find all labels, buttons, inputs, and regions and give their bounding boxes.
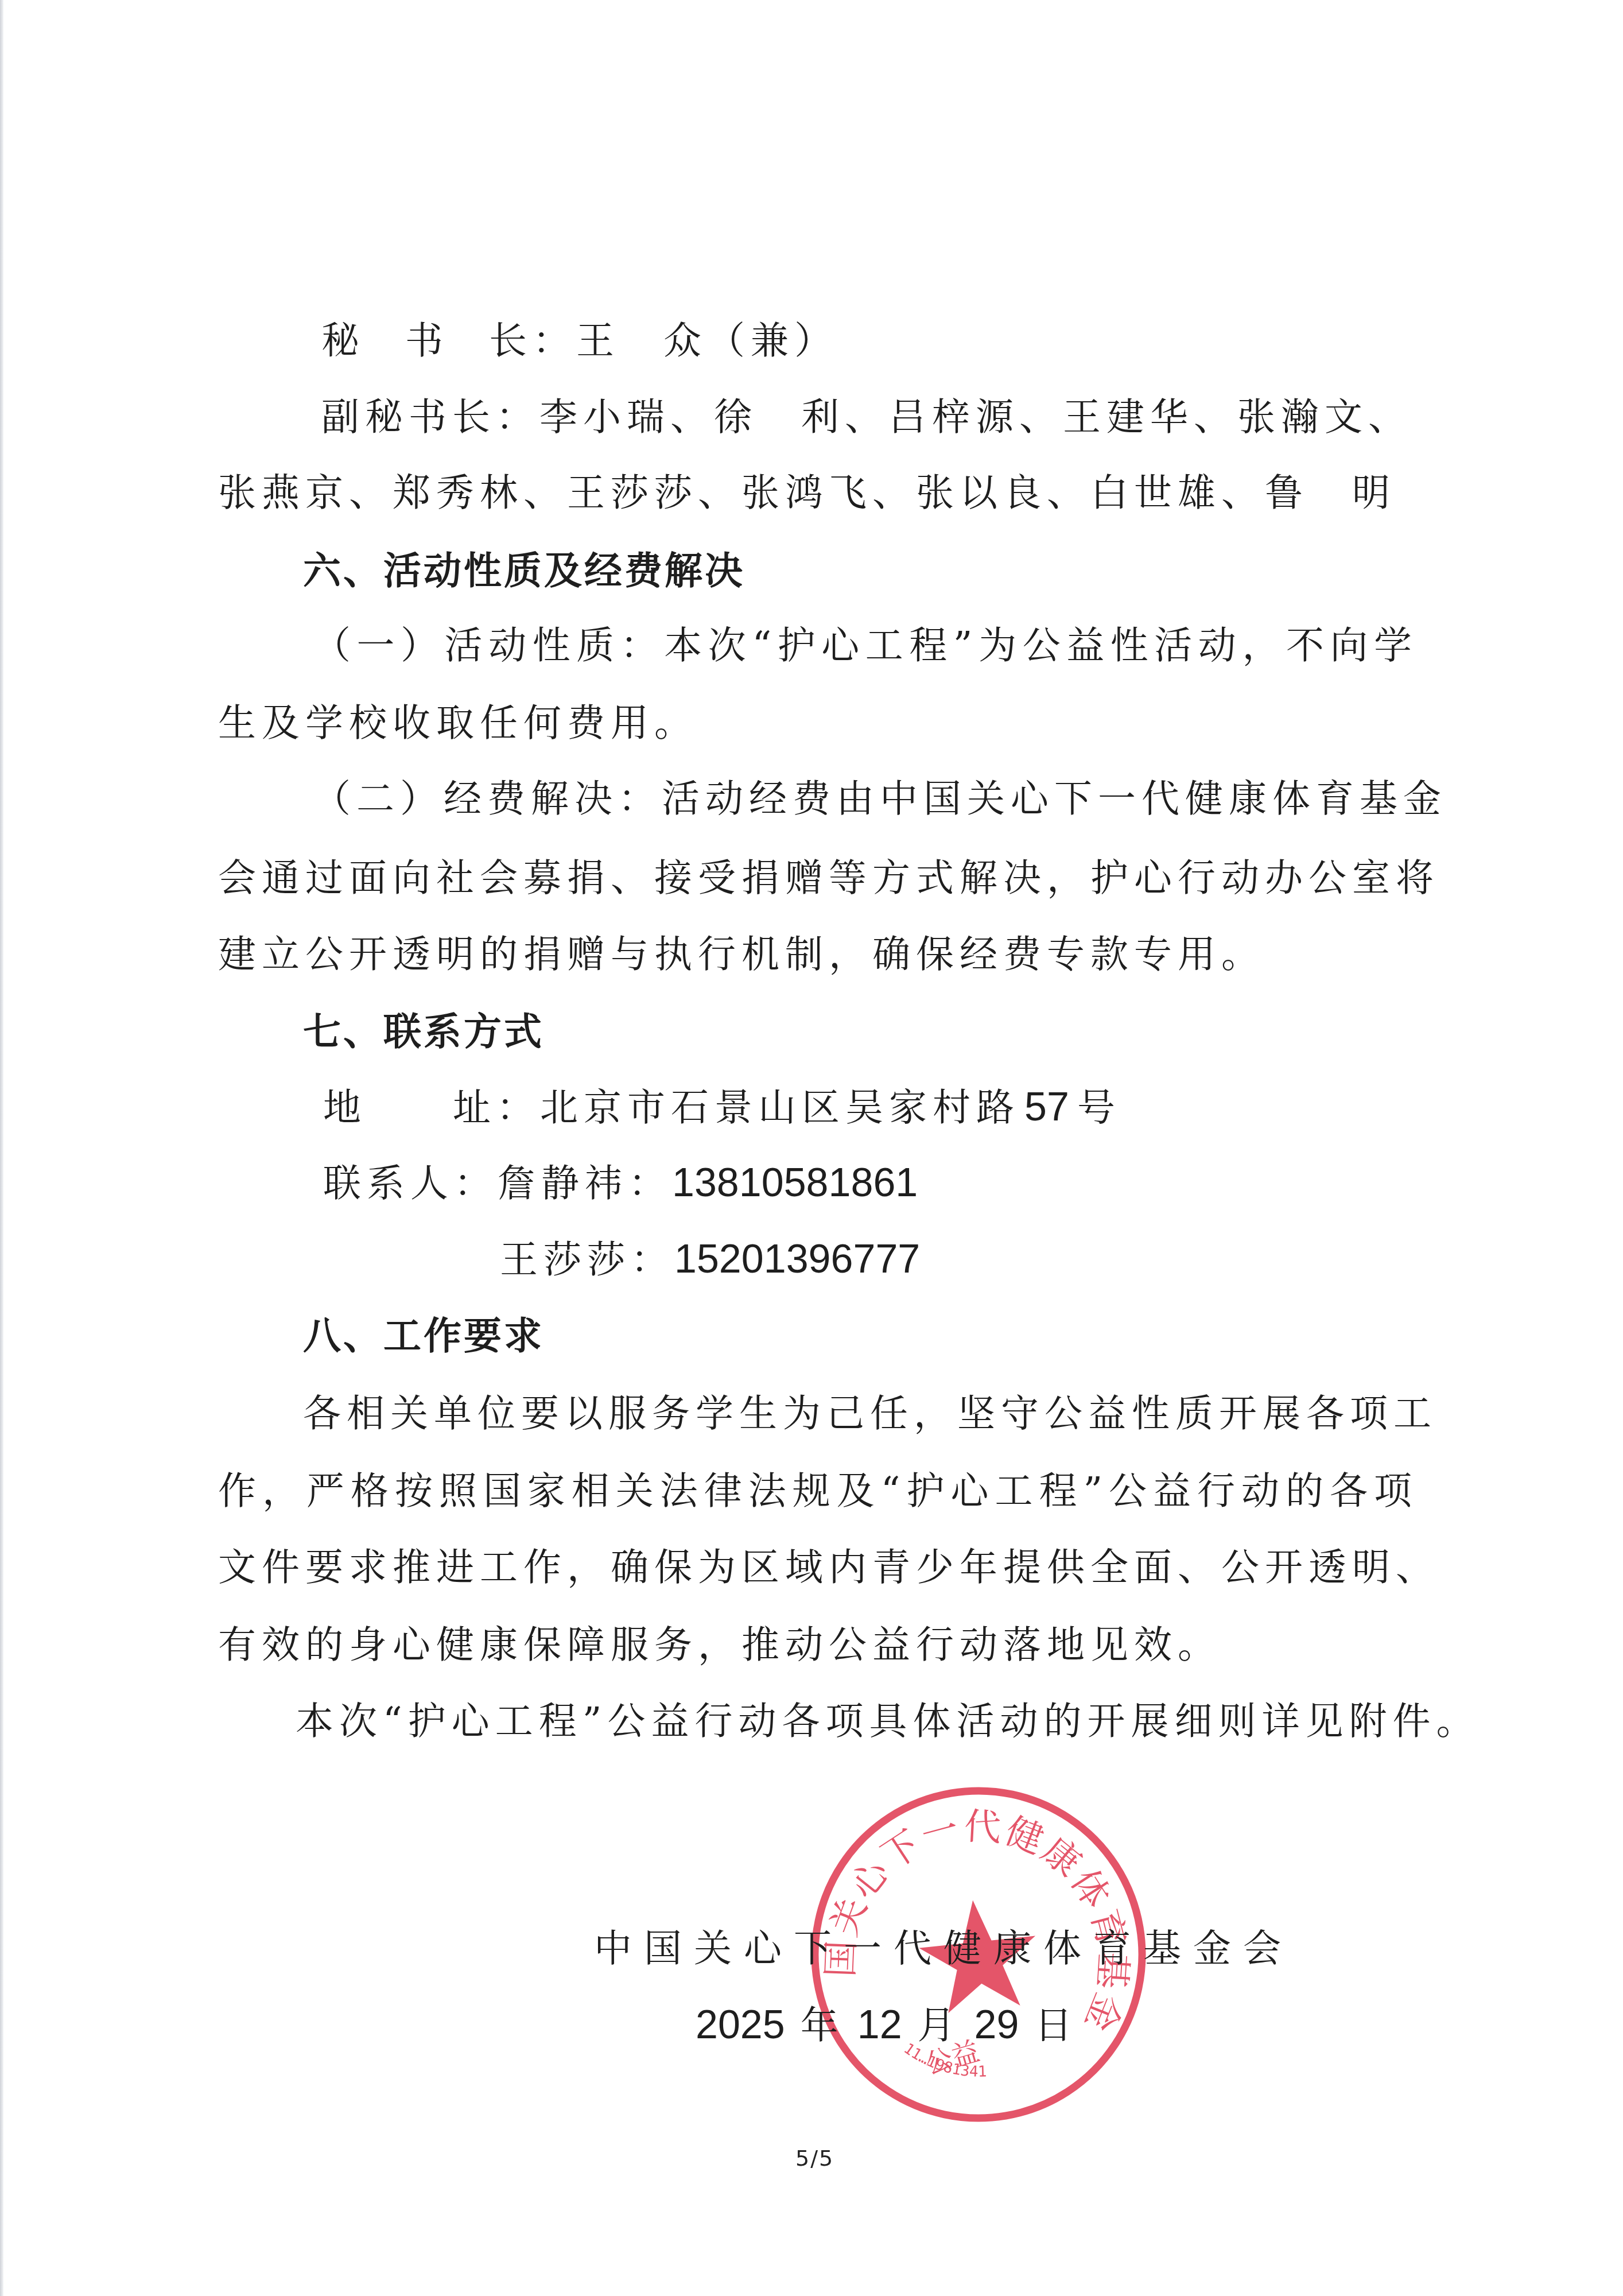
address-value: 北京市石景山区吴家村路 bbox=[540, 1085, 1020, 1130]
contact-line-2: 王莎莎：15201396777 bbox=[500, 1236, 920, 1282]
concurrent-note: （兼） bbox=[707, 319, 838, 363]
section-6-item-2-line-1: （二）经费解决：活动经费由中国关心下一代健康体育基金 bbox=[313, 776, 1418, 822]
address-suffix: 号 bbox=[1077, 1085, 1121, 1130]
section-8-para-1-line-2: 作，严格按照国家相关法律法规及“护心工程”公益行动的各项 bbox=[218, 1468, 1418, 1514]
section-7-heading: 七、联系方式 bbox=[303, 1009, 544, 1055]
contact-phone: 15201396777 bbox=[674, 1236, 920, 1281]
address-line: 地址：北京市石景山区吴家村路57号 bbox=[323, 1084, 1121, 1130]
date-month-unit: 月 bbox=[918, 2003, 959, 2047]
address-label-a: 地 bbox=[323, 1085, 367, 1130]
section-6-item-2-line-3: 建立公开透明的捐赠与执行机制，确保经费专款专用。 bbox=[218, 932, 1265, 978]
address-label-b: 址： bbox=[453, 1085, 540, 1130]
contact-name: 詹静祎： bbox=[498, 1161, 672, 1205]
contact-phone: 13810581861 bbox=[672, 1160, 918, 1205]
section-6-item-2-line-2: 会通过面向社会募捐、接受捐赠等方式解决，护心行动办公室将 bbox=[218, 855, 1418, 901]
label-char: 书 bbox=[405, 319, 449, 363]
deputy-secretary-general-line-1: 副秘书长：李小瑞、徐 利、吕梓源、王建华、张瀚文、 bbox=[321, 394, 1406, 440]
section-8-heading: 八、工作要求 bbox=[303, 1313, 544, 1359]
contact-name: 王莎莎： bbox=[500, 1238, 674, 1282]
contact-line-1: 联系人：詹静祎：13810581861 bbox=[323, 1159, 918, 1205]
section-6-item-1-line-2: 生及学校收取任何费用。 bbox=[218, 700, 698, 746]
page-number: 5/5 bbox=[795, 2146, 834, 2171]
address-number: 57 bbox=[1024, 1084, 1069, 1129]
date-day-unit: 日 bbox=[1034, 2003, 1075, 2047]
colon: ： bbox=[533, 319, 576, 363]
section-8-para-2: 本次“护心工程”公益行动各项具体活动的开展细则详见附件。 bbox=[296, 1698, 1418, 1744]
section-6-heading: 六、活动性质及经费解决 bbox=[303, 548, 745, 594]
deputy-secretary-general-text: 副秘书长：李小瑞、徐 利、吕梓源、王建华、张瀚文、 bbox=[321, 394, 1406, 440]
deputy-label: 副秘书长： bbox=[321, 395, 539, 439]
secretary-general-name: 王 众 bbox=[576, 319, 707, 363]
label-char: 长 bbox=[489, 319, 533, 363]
scan-page-edge bbox=[0, 0, 3, 2296]
section-8-para-1-line-3: 文件要求推进工作，确保为区域内青少年提供全面、公开透明、 bbox=[218, 1545, 1418, 1591]
date-day: 29 bbox=[974, 2002, 1019, 2047]
section-8-para-1-line-1: 各相关单位要以服务学生为己任，坚守公益性质开展各项工 bbox=[303, 1391, 1418, 1437]
secretary-general-line: 秘书长：王 众（兼） bbox=[321, 318, 838, 364]
section-6-item-1-line-1: （一）活动性质：本次“护心工程”为公益性活动，不向学 bbox=[313, 623, 1418, 669]
date-year-unit: 年 bbox=[801, 2003, 842, 2047]
label-char: 秘 bbox=[321, 319, 365, 363]
date-year: 2025 bbox=[696, 2002, 785, 2047]
signature-date: 2025 年 12 月 29 日 bbox=[696, 2002, 1075, 2047]
date-month: 12 bbox=[857, 2002, 902, 2047]
signature-organization: 中国关心下一代健康体育基金会 bbox=[594, 1926, 1293, 1972]
contact-label: 联系人： bbox=[323, 1161, 498, 1205]
deputy-names-1: 李小瑞、徐 利、吕梓源、王建华、张瀚文、 bbox=[539, 395, 1412, 439]
section-8-para-1-line-4: 有效的身心健康保障服务，推动公益行动落地见效。 bbox=[218, 1622, 1221, 1668]
deputy-secretary-general-line-2: 张燕京、郑秀林、王莎莎、张鸿飞、张以良、白世雄、鲁 明 bbox=[218, 470, 1389, 516]
